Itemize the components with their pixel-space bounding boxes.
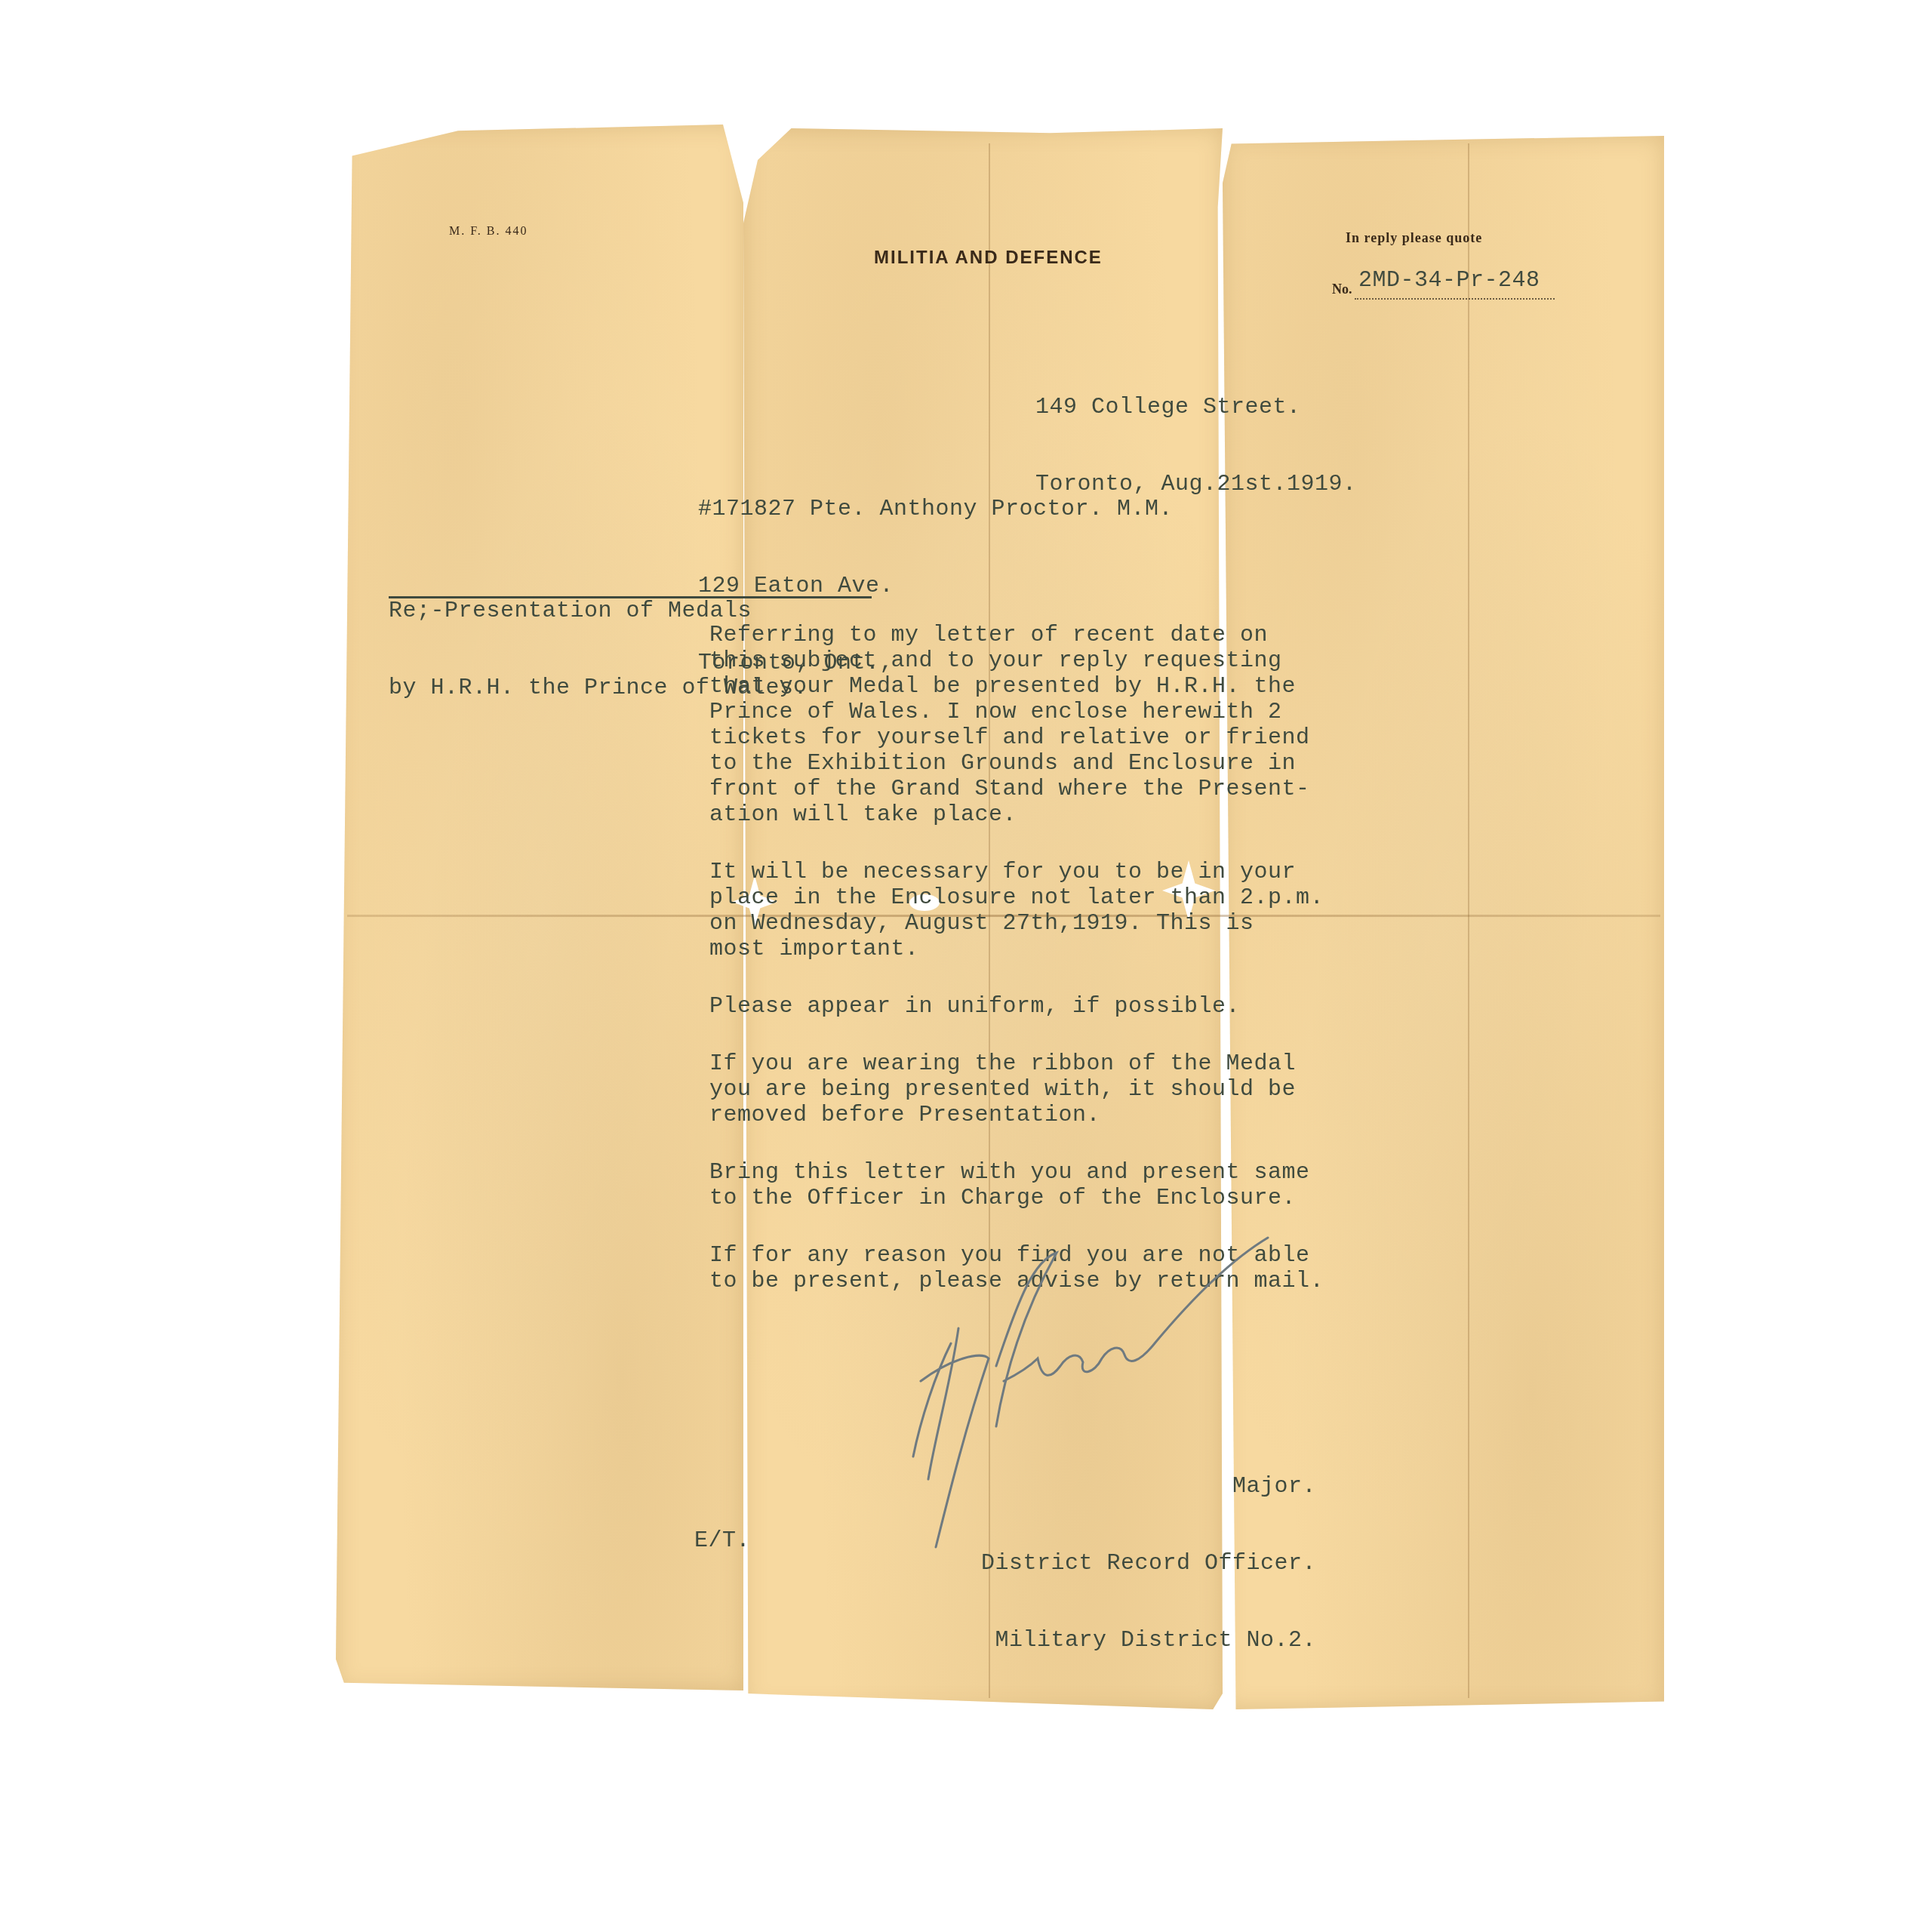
- body-line: ation will take place.: [709, 802, 1324, 828]
- body-line: Bring this letter with you and present s…: [709, 1160, 1324, 1186]
- reply-instruction: In reply please quote: [1346, 230, 1482, 246]
- subject-underline: [389, 596, 872, 598]
- body-line: Prince of Wales. I now enclose herewith …: [709, 700, 1324, 725]
- body-line: place in the Enclosure not later than 2.…: [709, 885, 1324, 911]
- reference-number: 2MD-34-Pr-248: [1358, 268, 1540, 294]
- body-line: Please appear in uniform, if possible.: [709, 994, 1324, 1020]
- signature-block: Major. District Record Officer. Military…: [981, 1423, 1316, 1705]
- body-line: you are being presented with, it should …: [709, 1077, 1324, 1103]
- body-paragraph: Please appear in uniform, if possible.: [709, 994, 1324, 1020]
- recipient-name: #171827 Pte. Anthony Proctor. M.M.: [698, 497, 1173, 522]
- sender-address-line: 149 College Street.: [1035, 395, 1357, 420]
- signatory-rank: Major.: [981, 1474, 1316, 1500]
- body-line: It will be necessary for you to be in yo…: [709, 860, 1324, 885]
- body-line: front of the Grand Stand where the Prese…: [709, 777, 1324, 802]
- body-line: to the Officer in Charge of the Enclosur…: [709, 1186, 1324, 1211]
- letterhead-heading: MILITIA AND DEFENCE: [874, 248, 1103, 269]
- body-line: Referring to my letter of recent date on: [709, 623, 1324, 648]
- body-line: this subject and to your reply requestin…: [709, 648, 1324, 674]
- body-paragraph: Referring to my letter of recent date on…: [709, 623, 1324, 828]
- reference-number-label: No.: [1332, 281, 1352, 297]
- body-paragraph: If you are wearing the ribbon of the Med…: [709, 1051, 1324, 1128]
- body-line: tickets for yourself and relative or fri…: [709, 725, 1324, 751]
- form-code: M. F. B. 440: [449, 225, 528, 238]
- signatory-title: District Record Officer.: [981, 1551, 1316, 1577]
- reference-number-dotted-line: [1355, 298, 1555, 300]
- body-paragraph: Bring this letter with you and present s…: [709, 1160, 1324, 1211]
- signatory-district: Military District No.2.: [981, 1628, 1316, 1654]
- body-line: most important.: [709, 937, 1324, 962]
- body-paragraph: It will be necessary for you to be in yo…: [709, 860, 1324, 962]
- subject-line-1: Re;-Presentation of Medals: [389, 598, 808, 624]
- typist-initials: E/T.: [694, 1528, 750, 1554]
- body-line: If you are wearing the ribbon of the Med…: [709, 1051, 1324, 1077]
- body-line: removed before Presentation.: [709, 1103, 1324, 1128]
- body-line: on Wednesday, August 27th,1919. This is: [709, 911, 1324, 937]
- body-line: to the Exhibition Grounds and Enclosure …: [709, 751, 1324, 777]
- body-line: that your Medal be presented by H.R.H. t…: [709, 674, 1324, 700]
- letter: M. F. B. 440 MILITIA AND DEFENCE In repl…: [0, 0, 1932, 1932]
- letter-body: Referring to my letter of recent date on…: [709, 623, 1324, 1326]
